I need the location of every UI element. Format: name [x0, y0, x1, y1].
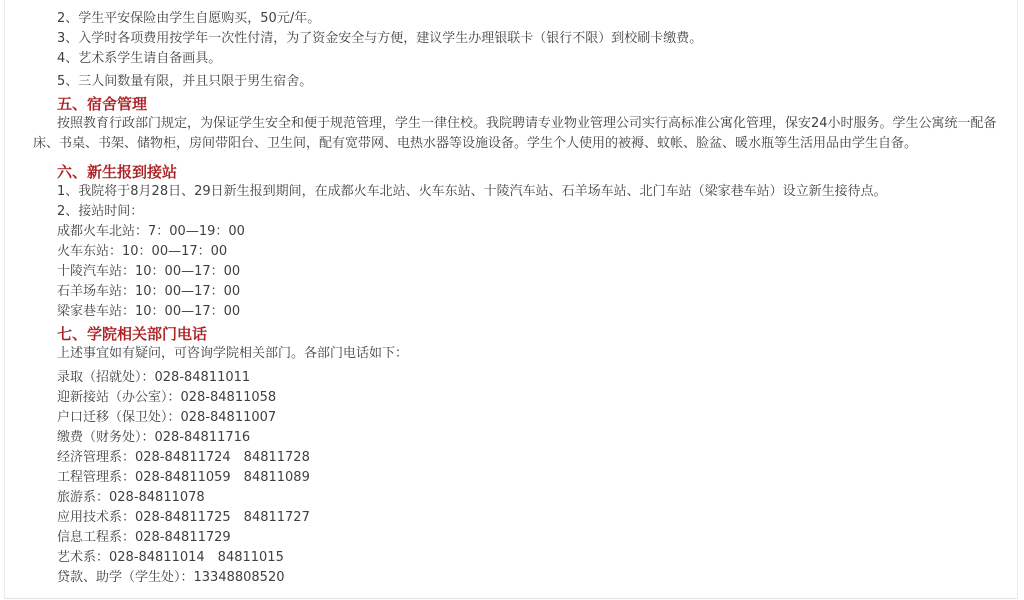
station-time-shiling-bus: 十陵汽车站：10：00—17：00 — [57, 262, 997, 282]
phone-entry-tourism-dept: 旅游系：028-84811078 — [57, 488, 997, 508]
notice-item-triple-room: 5、三人间数量有限，并且只限于男生宿舍。 — [57, 72, 997, 92]
dorm-management-paragraph: 按照教育行政部门规定，为保证学生安全和便于规范管理，学生一律住校。我院聘请专业物… — [33, 114, 997, 154]
intro-notes: 2、学生平安保险由学生自愿购买，50元/年。 3、入学时各项费用按学年一次性付清… — [33, 9, 997, 92]
phone-entry-household-transfer: 户口迁移（保卫处）：028-84811007 — [57, 408, 997, 428]
phone-entry-admissions: 录取（招就处）：028-84811011 — [57, 368, 997, 388]
phone-entry-loans-aid: 贷款、助学（学生处）：13348808520 — [57, 568, 997, 588]
phone-entry-finance: 缴费（财务处）：028-84811716 — [57, 428, 997, 448]
notice-page-frame: 2、学生平安保险由学生自愿购买，50元/年。 3、入学时各项费用按学年一次性付清… — [4, 0, 1018, 599]
pickup-intro-item: 1、我院将于8月28日、29日新生报到期间，在成都火车北站、火车东站、十陵汽车站… — [57, 182, 997, 202]
notice-item-insurance: 2、学生平安保险由学生自愿购买，50元/年。 — [57, 9, 997, 29]
station-time-shiyangchang: 石羊场车站：10：00—17：00 — [57, 282, 997, 302]
station-time-train-east: 火车东站：10：00—17：00 — [57, 242, 997, 262]
phone-entry-welcome-office: 迎新接站（办公室）：028-84811058 — [57, 388, 997, 408]
station-time-liangjiaxiang: 梁家巷车站：10：00—17：00 — [57, 302, 997, 322]
phone-entry-info-engineering-dept: 信息工程系：028-84811729 — [57, 528, 997, 548]
notice-item-payment: 3、入学时各项费用按学年一次性付清，为了资金安全与方便，建议学生办理银联卡（银行… — [57, 29, 997, 49]
phones-intro: 上述事宜如有疑问，可咨询学院相关部门。各部门电话如下： — [57, 344, 997, 364]
section-heading-pickup: 六、新生报到接站 — [57, 162, 997, 182]
pickup-times-label: 2、接站时间： — [57, 202, 997, 222]
station-time-chengdu-north: 成都火车北站：7：00—19：00 — [57, 222, 997, 242]
phone-entry-applied-tech-dept: 应用技术系：028-84811725 84811727 — [57, 508, 997, 528]
enrollment-notice-content: 2、学生平安保险由学生自愿购买，50元/年。 3、入学时各项费用按学年一次性付清… — [5, 0, 1017, 588]
phone-entry-art-dept: 艺术系：028-84811014 84811015 — [57, 548, 997, 568]
section-heading-phones: 七、学院相关部门电话 — [57, 324, 997, 344]
notice-item-art-supplies: 4、艺术系学生请自备画具。 — [57, 49, 997, 69]
section-heading-dorm-management: 五、宿舍管理 — [57, 94, 997, 114]
phone-entry-engineering-dept: 工程管理系：028-84811059 84811089 — [57, 468, 997, 488]
phone-entry-economics-dept: 经济管理系：028-84811724 84811728 — [57, 448, 997, 468]
